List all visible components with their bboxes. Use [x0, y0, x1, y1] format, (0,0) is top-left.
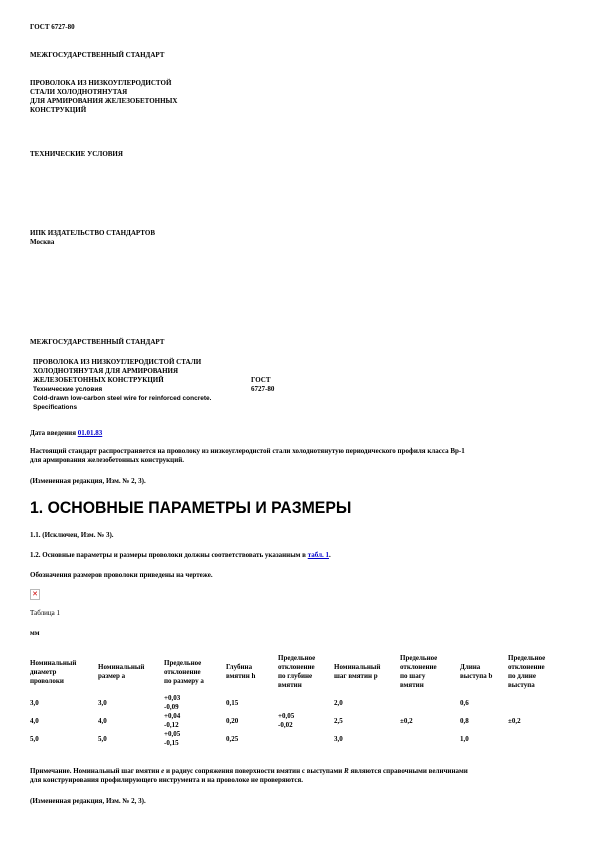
cell-diameter: 3,0: [30, 694, 98, 712]
footnote-text: и радиус сопряжения поверхности вмятин с…: [164, 767, 344, 775]
publisher-text: ИПК ИЗДАТЕЛЬСТВО СТАНДАРТОВ: [30, 229, 155, 238]
date-link[interactable]: 01.01.83: [78, 429, 103, 437]
cell-diameter: 5,0: [30, 730, 98, 748]
cover-title: ПРОВОЛОКА ИЗ НИЗКОУГЛЕРОДИСТОЙ СТАЛИ ХОЛ…: [30, 79, 178, 115]
cover-title-line: КОНСТРУКЦИЙ: [30, 106, 178, 115]
paragraph-1-2-end: .: [329, 551, 331, 559]
header-subtitle-en: Specifications: [33, 403, 303, 412]
table-footnote: Примечание. Номинальный шаг вмятин e и р…: [30, 767, 468, 785]
col-header-depth-h: Глубинавмятин h: [226, 650, 278, 694]
header-title-line: ХОЛОДНОТЯНУТАЯ ДЛЯ АРМИРОВАНИЯ: [33, 367, 303, 376]
cell-length-b: 1,0: [460, 730, 508, 748]
cell-size-a: 3,0: [98, 694, 164, 712]
cell-tol-a: +0,03-0,09: [164, 694, 226, 712]
footnote-text: являются справочными величинами: [349, 767, 468, 775]
cell-size-a: 5,0: [98, 730, 164, 748]
cover-title-line: ПРОВОЛОКА ИЗ НИЗКОУГЛЕРОДИСТОЙ: [30, 79, 178, 88]
date-label: Дата введения: [30, 429, 76, 437]
footnote-revision-text: (Измененная редакция, Изм. № 2, 3).: [30, 797, 146, 806]
header-gost-label: ГОСТ: [251, 376, 274, 385]
cell-depth-h: 0,15: [226, 694, 278, 712]
revision-note-text: (Измененная редакция, Изм. № 2, 3).: [30, 477, 146, 486]
cell-depth-h: 0,20: [226, 712, 278, 730]
paragraph-1-1-text: 1.1. (Исключен, Изм. № 3).: [30, 531, 114, 540]
section-heading: 1. ОСНОВНЫЕ ПАРАМЕТРЫ И РАЗМЕРЫ: [30, 498, 351, 518]
paragraph-1-2-text: 1.2. Основные параметры и размеры провол…: [30, 551, 306, 559]
standard-type-text: МЕЖГОСУДАРСТВЕННЫЙ СТАНДАРТ: [30, 51, 164, 60]
city-text: Москва: [30, 238, 155, 247]
cover-title-line: СТАЛИ ХОЛОДНОТЯНУТАЯ: [30, 88, 178, 97]
cell-tol-a: +0,05-0,15: [164, 730, 226, 748]
intro-scope: Настоящий стандарт распространяется на п…: [30, 447, 465, 465]
col-header-length-b: Длинавыступа b: [460, 650, 508, 694]
broken-image-glyph: ✕: [32, 591, 38, 598]
cover-publisher: ИПК ИЗДАТЕЛЬСТВО СТАНДАРТОВ Москва: [30, 229, 155, 247]
cell-tol-p: ±0,2: [400, 694, 460, 748]
table-row: 3,0 3,0 +0,03-0,09 0,15 +0,05-0,02 2,0 ±…: [30, 694, 564, 712]
broken-image-icon: ✕: [30, 589, 40, 600]
footnote-revision-note: (Измененная редакция, Изм. № 2, 3).: [30, 797, 146, 806]
cell-length-b: 0,8: [460, 712, 508, 730]
scope-text-line: для армирования железобетонных конструкц…: [30, 456, 465, 465]
intro-date: Дата введения 01.01.83: [30, 429, 102, 438]
cover-title-line: ДЛЯ АРМИРОВАНИЯ ЖЕЛЕЗОБЕТОННЫХ: [30, 97, 178, 106]
col-header-pitch-p: Номинальныйшаг вмятин p: [334, 650, 400, 694]
drawing-note-text: Обозначения размеров проволоки приведены…: [30, 571, 213, 580]
col-header-tol-b: Предельноеотклонениепо длиневыступа: [508, 650, 564, 694]
intro-revision-note: (Измененная редакция, Изм. № 2, 3).: [30, 477, 146, 486]
cover-subtitle: ТЕХНИЧЕСКИЕ УСЛОВИЯ: [30, 150, 123, 159]
table-1-link[interactable]: табл. 1: [308, 551, 329, 559]
cell-tol-a: +0,04-0,12: [164, 712, 226, 730]
cover-subtitle-text: ТЕХНИЧЕСКИЕ УСЛОВИЯ: [30, 150, 123, 159]
table-unit-text: мм: [30, 629, 40, 638]
cell-diameter: 4,0: [30, 712, 98, 730]
cell-tol-h: +0,05-0,02: [278, 694, 334, 748]
col-header-tol-a: Предельноеотклонениепо размеру a: [164, 650, 226, 694]
cell-pitch-p: 2,0: [334, 694, 400, 712]
col-header-size-a: Номинальныйразмер a: [98, 650, 164, 694]
col-header-diameter: Номинальныйдиаметрпроволоки: [30, 650, 98, 694]
cell-size-a: 4,0: [98, 712, 164, 730]
scope-text-line: Настоящий стандарт распространяется на п…: [30, 447, 465, 456]
header-standard-type: МЕЖГОСУДАРСТВЕННЫЙ СТАНДАРТ: [30, 338, 164, 347]
paragraph-1-2: 1.2. Основные параметры и размеры провол…: [30, 551, 331, 560]
header-title-line: ПРОВОЛОКА ИЗ НИЗКОУГЛЕРОДИСТОЙ СТАЛИ: [33, 358, 303, 367]
header-standard-type-text: МЕЖГОСУДАРСТВЕННЫЙ СТАНДАРТ: [30, 338, 164, 347]
table-unit: мм: [30, 629, 40, 638]
cell-tol-b: ±0,2: [508, 694, 564, 748]
cell-depth-h: 0,25: [226, 730, 278, 748]
cover-standard-type: МЕЖГОСУДАРСТВЕННЫЙ СТАНДАРТ: [30, 51, 164, 60]
cover-gost-code: ГОСТ 6727-80: [30, 23, 75, 32]
cell-pitch-p: 2,5: [334, 712, 400, 730]
header-gost-number: 6727-80: [251, 385, 274, 394]
cell-pitch-p: 3,0: [334, 730, 400, 748]
header-gost-box: ГОСТ 6727-80: [251, 376, 274, 394]
footnote-text: Примечание. Номинальный шаг вмятин: [30, 767, 161, 775]
table-header-row: Номинальныйдиаметрпроволоки Номинальныйр…: [30, 650, 564, 694]
parameters-table: Номинальныйдиаметрпроволоки Номинальныйр…: [30, 650, 564, 748]
footnote-text-line2: для конструирования профилирующего инстр…: [30, 776, 468, 785]
cell-length-b: 0,6: [460, 694, 508, 712]
table-caption: Таблица 1: [30, 609, 60, 618]
col-header-tol-p: Предельноеотклонениепо шагувмятин: [400, 650, 460, 694]
header-title-en: Cold-drawn low-carbon steel wire for rei…: [33, 394, 303, 403]
table-caption-text: Таблица 1: [30, 609, 60, 618]
gost-code-text: ГОСТ 6727-80: [30, 23, 75, 32]
col-header-tol-h: Предельноеотклонениепо глубиневмятин: [278, 650, 334, 694]
drawing-note: Обозначения размеров проволоки приведены…: [30, 571, 213, 580]
paragraph-1-1: 1.1. (Исключен, Изм. № 3).: [30, 531, 114, 540]
